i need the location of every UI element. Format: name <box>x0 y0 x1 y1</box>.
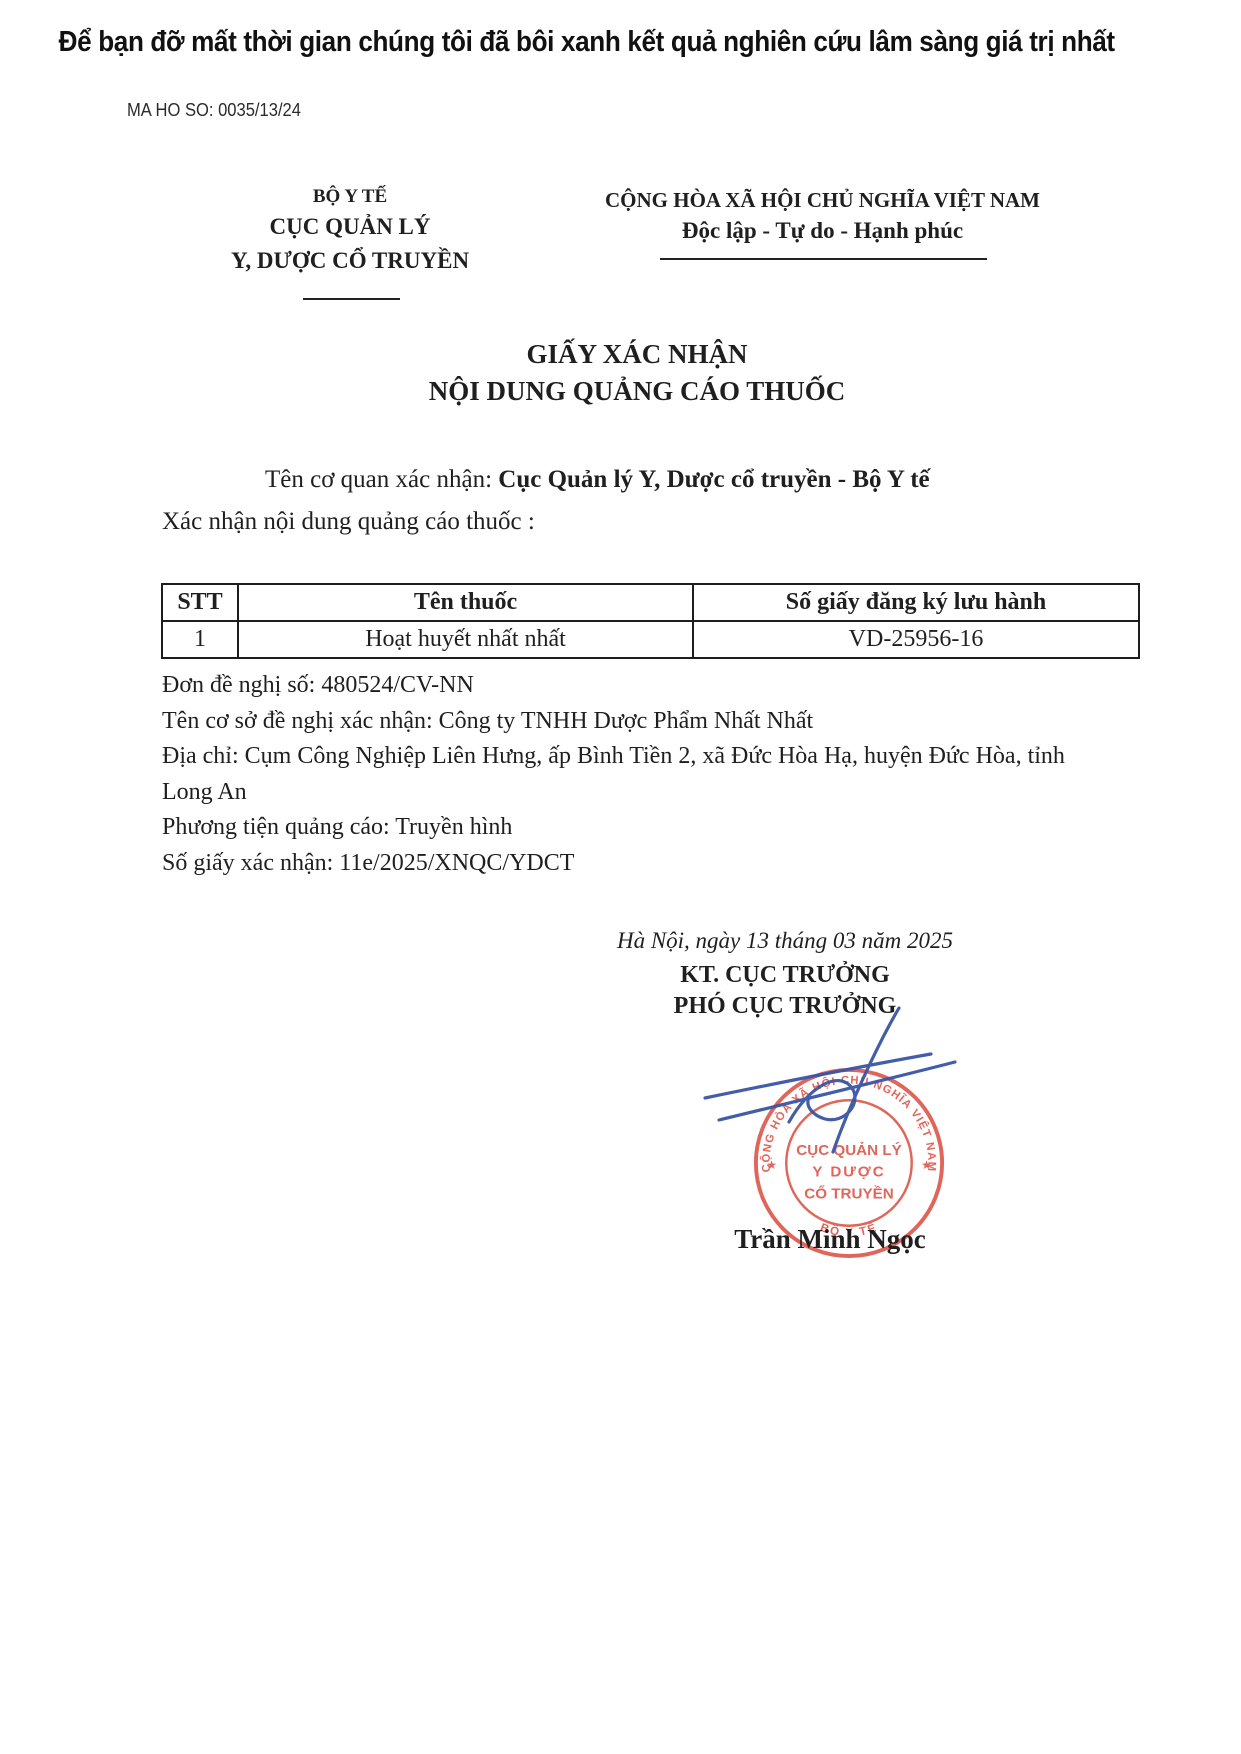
document-title-line1: GIẤY XÁC NHẬN <box>337 336 937 373</box>
header-national-motto: CỘNG HÒA XÃ HỘI CHỦ NGHĨA VIỆT NAM Độc l… <box>565 186 1080 248</box>
date-place-line: Hà Nội, ngày 13 tháng 03 năm 2025 <box>560 928 1010 954</box>
col-header-registration-number: Số giấy đăng ký lưu hành <box>693 584 1139 621</box>
table-row: 1 Hoạt huyết nhất nhất VD-25956-16 <box>162 621 1139 658</box>
department-name-line1: CỤC QUẢN LÝ <box>200 210 500 244</box>
request-number-line: Đơn đề nghị số: 480524/CV-NN <box>162 668 1067 704</box>
detail-paragraphs: Đơn đề nghị số: 480524/CV-NN Tên cơ sở đ… <box>162 668 1067 881</box>
col-header-stt: STT <box>162 584 238 621</box>
document-title: GIẤY XÁC NHẬN NỘI DUNG QUẢNG CÁO THUỐC <box>337 336 937 410</box>
confirm-content-line: Xác nhận nội dung quảng cáo thuốc : <box>162 508 535 536</box>
requesting-company-line: Tên cơ sở đề nghị xác nhận: Công ty TNHH… <box>162 704 1067 740</box>
file-code: MA HO SO: 0035/13/24 <box>127 100 301 121</box>
drug-table: STT Tên thuốc Số giấy đăng ký lưu hành 1… <box>161 583 1140 659</box>
national-title: CỘNG HÒA XÃ HỘI CHỦ NGHĨA VIỆT NAM <box>565 186 1080 214</box>
ministry-name: BỘ Y TẾ <box>200 184 500 210</box>
right-header-underline <box>660 258 987 260</box>
document-page: Để bạn đỡ mất thời gian chúng tôi đã bôi… <box>0 0 1241 1754</box>
signer-title-line1: KT. CỤC TRƯỞNG <box>560 962 1010 989</box>
handwritten-signature <box>693 1000 965 1168</box>
confirming-agency-value: Cục Quản lý Y, Dược cổ truyền - Bộ Y tế <box>498 466 929 493</box>
confirmation-number-line: Số giấy xác nhận: 11e/2025/XNQC/YDCT <box>162 846 1067 882</box>
stamp-center-line3: CỔ TRUYỀN <box>804 1184 893 1202</box>
drug-table-header-row: STT Tên thuốc Số giấy đăng ký lưu hành <box>162 584 1139 621</box>
confirming-agency-label: Tên cơ quan xác nhận: <box>265 466 498 493</box>
header-issuing-agency: BỘ Y TẾ CỤC QUẢN LÝ Y, DƯỢC CỔ TRUYỀN <box>200 184 500 278</box>
cell-stt: 1 <box>162 621 238 658</box>
department-name-line2: Y, DƯỢC CỔ TRUYỀN <box>200 244 500 278</box>
document-title-line2: NỘI DUNG QUẢNG CÁO THUỐC <box>337 373 937 410</box>
advertising-medium-line: Phương tiện quảng cáo: Truyền hình <box>162 810 1067 846</box>
banner-note-text: Để bạn đỡ mất thời gian chúng tôi đã bôi… <box>59 26 1115 59</box>
cell-drug-name: Hoạt huyết nhất nhất <box>238 621 693 658</box>
address-line: Địa chỉ: Cụm Công Nghiệp Liên Hưng, ấp B… <box>162 739 1067 810</box>
confirming-agency-line: Tên cơ quan xác nhận: Cục Quản lý Y, Dượ… <box>265 466 930 494</box>
cell-registration-number: VD-25956-16 <box>693 621 1139 658</box>
left-header-underline <box>303 298 400 300</box>
signer-name: Trần Minh Ngọc <box>650 1224 1010 1255</box>
banner-note: Để bạn đỡ mất thời gian chúng tôi đã bôi… <box>0 26 1160 59</box>
col-header-drug-name: Tên thuốc <box>238 584 693 621</box>
national-motto: Độc lập - Tự do - Hạnh phúc <box>565 214 1080 248</box>
